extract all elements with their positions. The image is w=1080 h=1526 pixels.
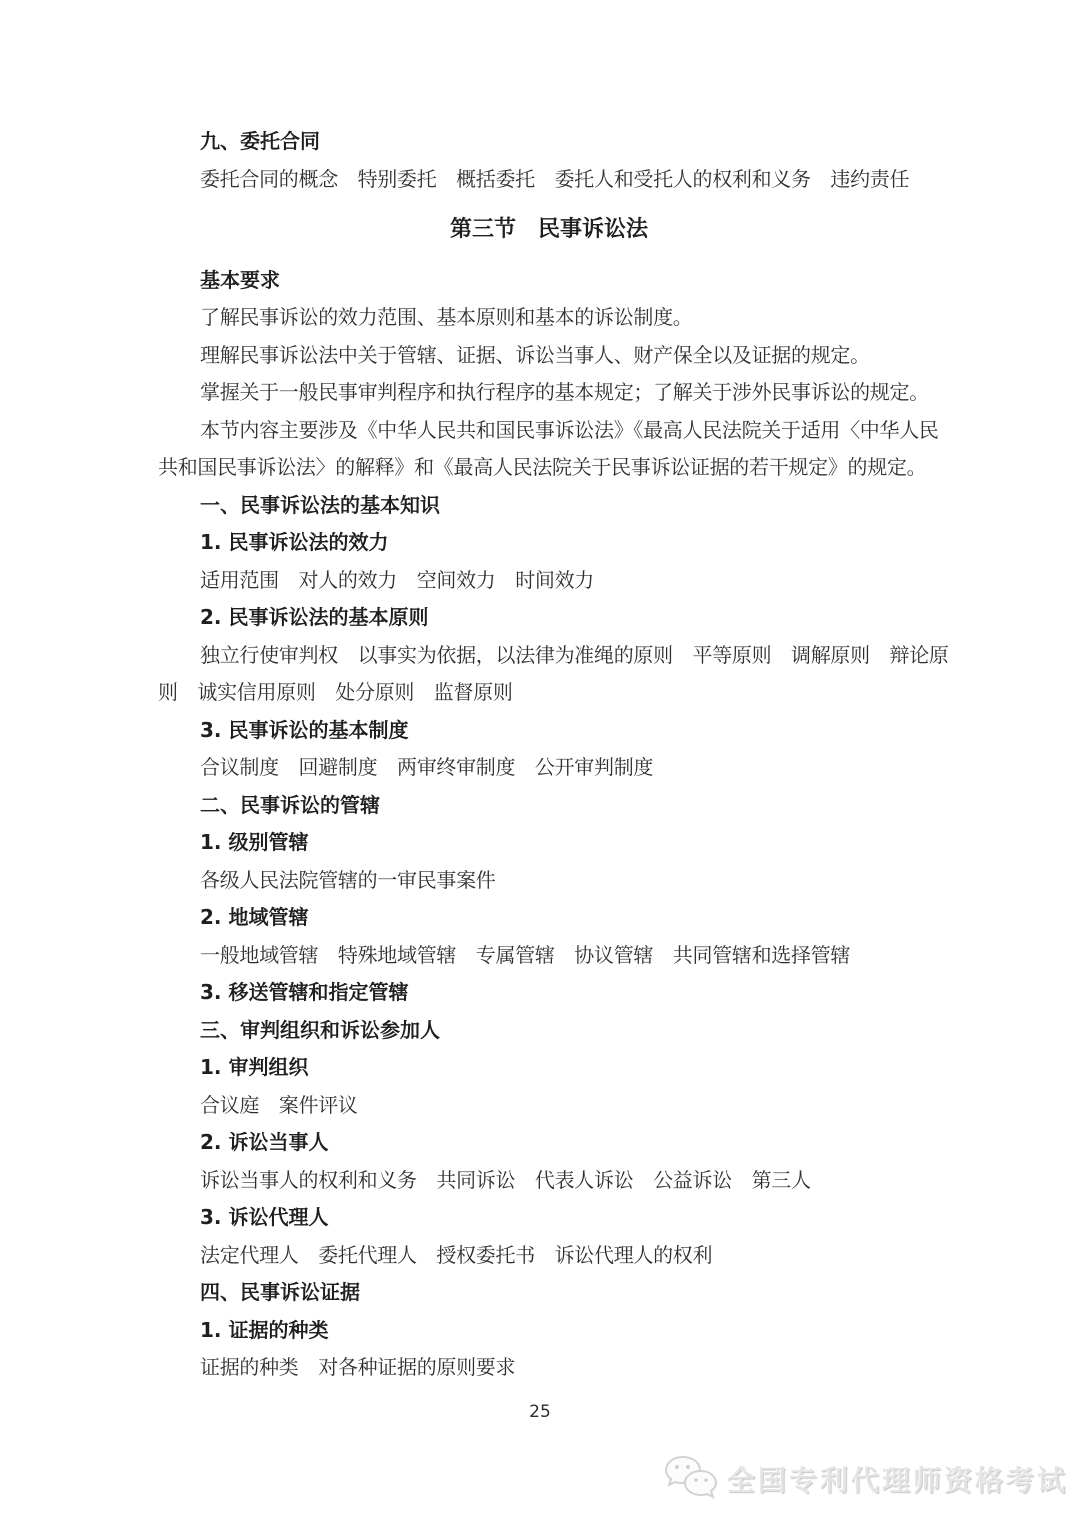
sub-heading: 3. 诉讼代理人 bbox=[158, 1199, 940, 1237]
body-line: 各级人民法院管辖的一审民事案件 bbox=[158, 862, 940, 900]
section-heading: 四、民事诉讼证据 bbox=[158, 1274, 940, 1312]
body-line: 适用范围 对人的效力 空间效力 时间效力 bbox=[158, 562, 940, 600]
body-line: 诉讼当事人的权利和义务 共同诉讼 代表人诉讼 公益诉讼 第三人 bbox=[158, 1162, 940, 1200]
footer-watermark: 全国专利代理师资格考试 bbox=[661, 1453, 1068, 1505]
sub-heading: 2. 诉讼当事人 bbox=[158, 1124, 940, 1162]
body-line: 掌握关于一般民事审判程序和执行程序的基本规定；了解关于涉外民事诉讼的规定。 bbox=[158, 374, 940, 412]
body-line: 本节内容主要涉及《中华人民共和国民事诉讼法》《最高人民法院关于适用〈中华人民 bbox=[158, 412, 940, 450]
section-heading: 一、民事诉讼法的基本知识 bbox=[158, 487, 940, 525]
sub-heading: 2. 民事诉讼法的基本原则 bbox=[158, 599, 940, 637]
section-heading: 基本要求 bbox=[158, 262, 940, 300]
sub-heading: 1. 审判组织 bbox=[158, 1049, 940, 1087]
sub-heading: 1. 民事诉讼法的效力 bbox=[158, 524, 940, 562]
sub-heading: 2. 地域管辖 bbox=[158, 899, 940, 937]
wechat-icon bbox=[661, 1453, 723, 1505]
body-line: 合议制度 回避制度 两审终审制度 公开审判制度 bbox=[158, 749, 940, 787]
body-line: 了解民事诉讼的效力范围、基本原则和基本的诉讼制度。 bbox=[158, 299, 940, 337]
body-line: 合议庭 案件评议 bbox=[158, 1087, 940, 1125]
section-title: 第三节 民事诉讼法 bbox=[158, 211, 940, 249]
page-number: 25 bbox=[0, 1402, 1080, 1422]
sub-heading: 1. 级别管辖 bbox=[158, 824, 940, 862]
syllabus-content: 九、委托合同委托合同的概念 特别委托 概括委托 委托人和受托人的权利和义务 违约… bbox=[0, 0, 1080, 1387]
section-heading: 三、审判组织和诉讼参加人 bbox=[158, 1012, 940, 1050]
sub-heading: 3. 民事诉讼的基本制度 bbox=[158, 712, 940, 750]
body-line: 一般地域管辖 特殊地域管辖 专属管辖 协议管辖 共同管辖和选择管辖 bbox=[158, 937, 940, 975]
footer-brand-text: 全国专利代理师资格考试 bbox=[727, 1459, 1068, 1499]
document-page: 九、委托合同委托合同的概念 特别委托 概括委托 委托人和受托人的权利和义务 违约… bbox=[0, 0, 1080, 1526]
body-line: 理解民事诉讼法中关于管辖、证据、诉讼当事人、财产保全以及证据的规定。 bbox=[158, 337, 940, 375]
body-line-continuation: 共和国民事诉讼法〉的解释》和《最高人民法院关于民事诉讼证据的若干规定》的规定。 bbox=[158, 449, 940, 487]
section-heading: 九、委托合同 bbox=[158, 123, 940, 161]
body-line: 独立行使审判权 以事实为依据，以法律为准绳的原则 平等原则 调解原则 辩论原 bbox=[158, 637, 940, 675]
body-line: 证据的种类 对各种证据的原则要求 bbox=[158, 1349, 940, 1387]
section-heading: 二、民事诉讼的管辖 bbox=[158, 787, 940, 825]
sub-heading: 1. 证据的种类 bbox=[158, 1312, 940, 1350]
body-line: 法定代理人 委托代理人 授权委托书 诉讼代理人的权利 bbox=[158, 1237, 940, 1275]
sub-heading: 3. 移送管辖和指定管辖 bbox=[158, 974, 940, 1012]
body-line: 委托合同的概念 特别委托 概括委托 委托人和受托人的权利和义务 违约责任 bbox=[158, 161, 940, 199]
body-line-continuation: 则 诚实信用原则 处分原则 监督原则 bbox=[158, 674, 940, 712]
